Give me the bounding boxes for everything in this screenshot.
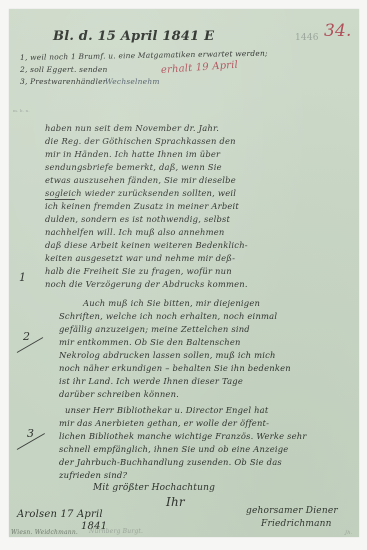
- body-line: Nekrolog abdrucken lassen sollen, muß ic…: [59, 350, 276, 360]
- header-struck-word: Wechselnehm: [105, 77, 160, 86]
- body-line: mir entkommen. Ob Sie den Baltenschen: [59, 337, 241, 347]
- body-line: darüber schreiben können.: [59, 389, 179, 399]
- folio-red-number: 34.: [324, 21, 352, 41]
- faint-mark: m. b. n.: [13, 108, 30, 113]
- underline-mark: [45, 199, 75, 200]
- body-line: schnell empfänglich, ihnen Sie und ob ei…: [59, 444, 288, 454]
- body-line: halb die Freiheit Sie zu fragen, wofür n…: [45, 266, 232, 276]
- scan-background: 1446 34. Bl. d. 15 April 1841 E 1, weil …: [0, 0, 367, 550]
- signoff: gehorsamer Diener: [246, 506, 338, 516]
- body-line: Schriften, welche ich noch erhalten, noc…: [59, 311, 277, 321]
- body-line: dulden, sondern es ist nothwendig, selbs…: [45, 214, 230, 224]
- archive-label: Wiesn. Weidchmann.: [11, 529, 78, 536]
- body-line: etwas auszusehen fänden, Sie mir dieselb…: [45, 175, 236, 185]
- header-date-line: Bl. d. 15 April 1841 E: [53, 29, 214, 44]
- red-received-annotation: erhalt 19 April: [161, 60, 239, 76]
- body-line: zufrieden sind?: [59, 470, 127, 480]
- body-line: lichen Bibliothek manche wichtige Franzö…: [59, 431, 307, 441]
- body-line: daß diese Arbeit keinen weiteren Bedenkl…: [45, 240, 248, 250]
- body-line: ist ihr Land. Ich werde Ihnen dieser Tag…: [59, 376, 243, 386]
- body-line: ich keinen fremden Zusatz in meiner Arbe…: [45, 201, 239, 211]
- body-line: mir in Händen. Ich hatte Ihnen im über: [45, 149, 220, 159]
- closing-monogram: Ihr: [166, 495, 185, 509]
- body-line: gefällig anzuzeigen; meine Zettelchen si…: [59, 324, 250, 334]
- body-line: noch näher erkundigen – behalten Sie ihn…: [59, 363, 291, 373]
- body-line: unser Herr Bibliothekar u. Director Enge…: [65, 405, 268, 415]
- body-line: die Reg. der Göthischen Sprachkassen den: [45, 136, 236, 146]
- margin-number-2: 2: [23, 330, 30, 343]
- closing-salutation: Mit größter Hochachtung: [93, 483, 215, 493]
- body-line: keiten ausgesetzt war und nehme mir deß-: [45, 253, 235, 263]
- signature: Friedrichmann: [261, 519, 332, 529]
- body-line: nachhelfen will. Ich muß also annehmen: [45, 227, 224, 237]
- place-date: Arolsen 17 April: [17, 509, 103, 520]
- header-note-3: 3, Prestwarenhändler: [20, 77, 107, 86]
- body-line: sogleich wieder zurücksenden sollten, we…: [45, 188, 236, 198]
- folio-pencil-number: 1446: [295, 33, 319, 43]
- body-line: mir das Anerbieten gethan, er wolle der …: [59, 418, 269, 428]
- body-line: der Jahrbuch-Buchhandlung zusenden. Ob S…: [59, 457, 282, 467]
- header-note-2: 2, soll Eggert. senden: [20, 65, 108, 74]
- corner-mark: Jh.: [345, 530, 352, 536]
- body-line: sendungsbriefe bemerkt, daß, wenn Sie: [45, 162, 222, 172]
- body-line: haben nun seit dem November dr. Jahr.: [45, 123, 219, 133]
- margin-number-1: 1: [19, 271, 26, 284]
- letter-sheet: 1446 34. Bl. d. 15 April 1841 E 1, weil …: [9, 9, 359, 537]
- body-line: noch die Verzögerung der Abdrucks kommen…: [45, 279, 248, 289]
- archive-pencil-note: Nürnberg Burgt.: [89, 528, 143, 535]
- body-line: Auch muß ich Sie bitten, mir diejenigen: [83, 298, 260, 308]
